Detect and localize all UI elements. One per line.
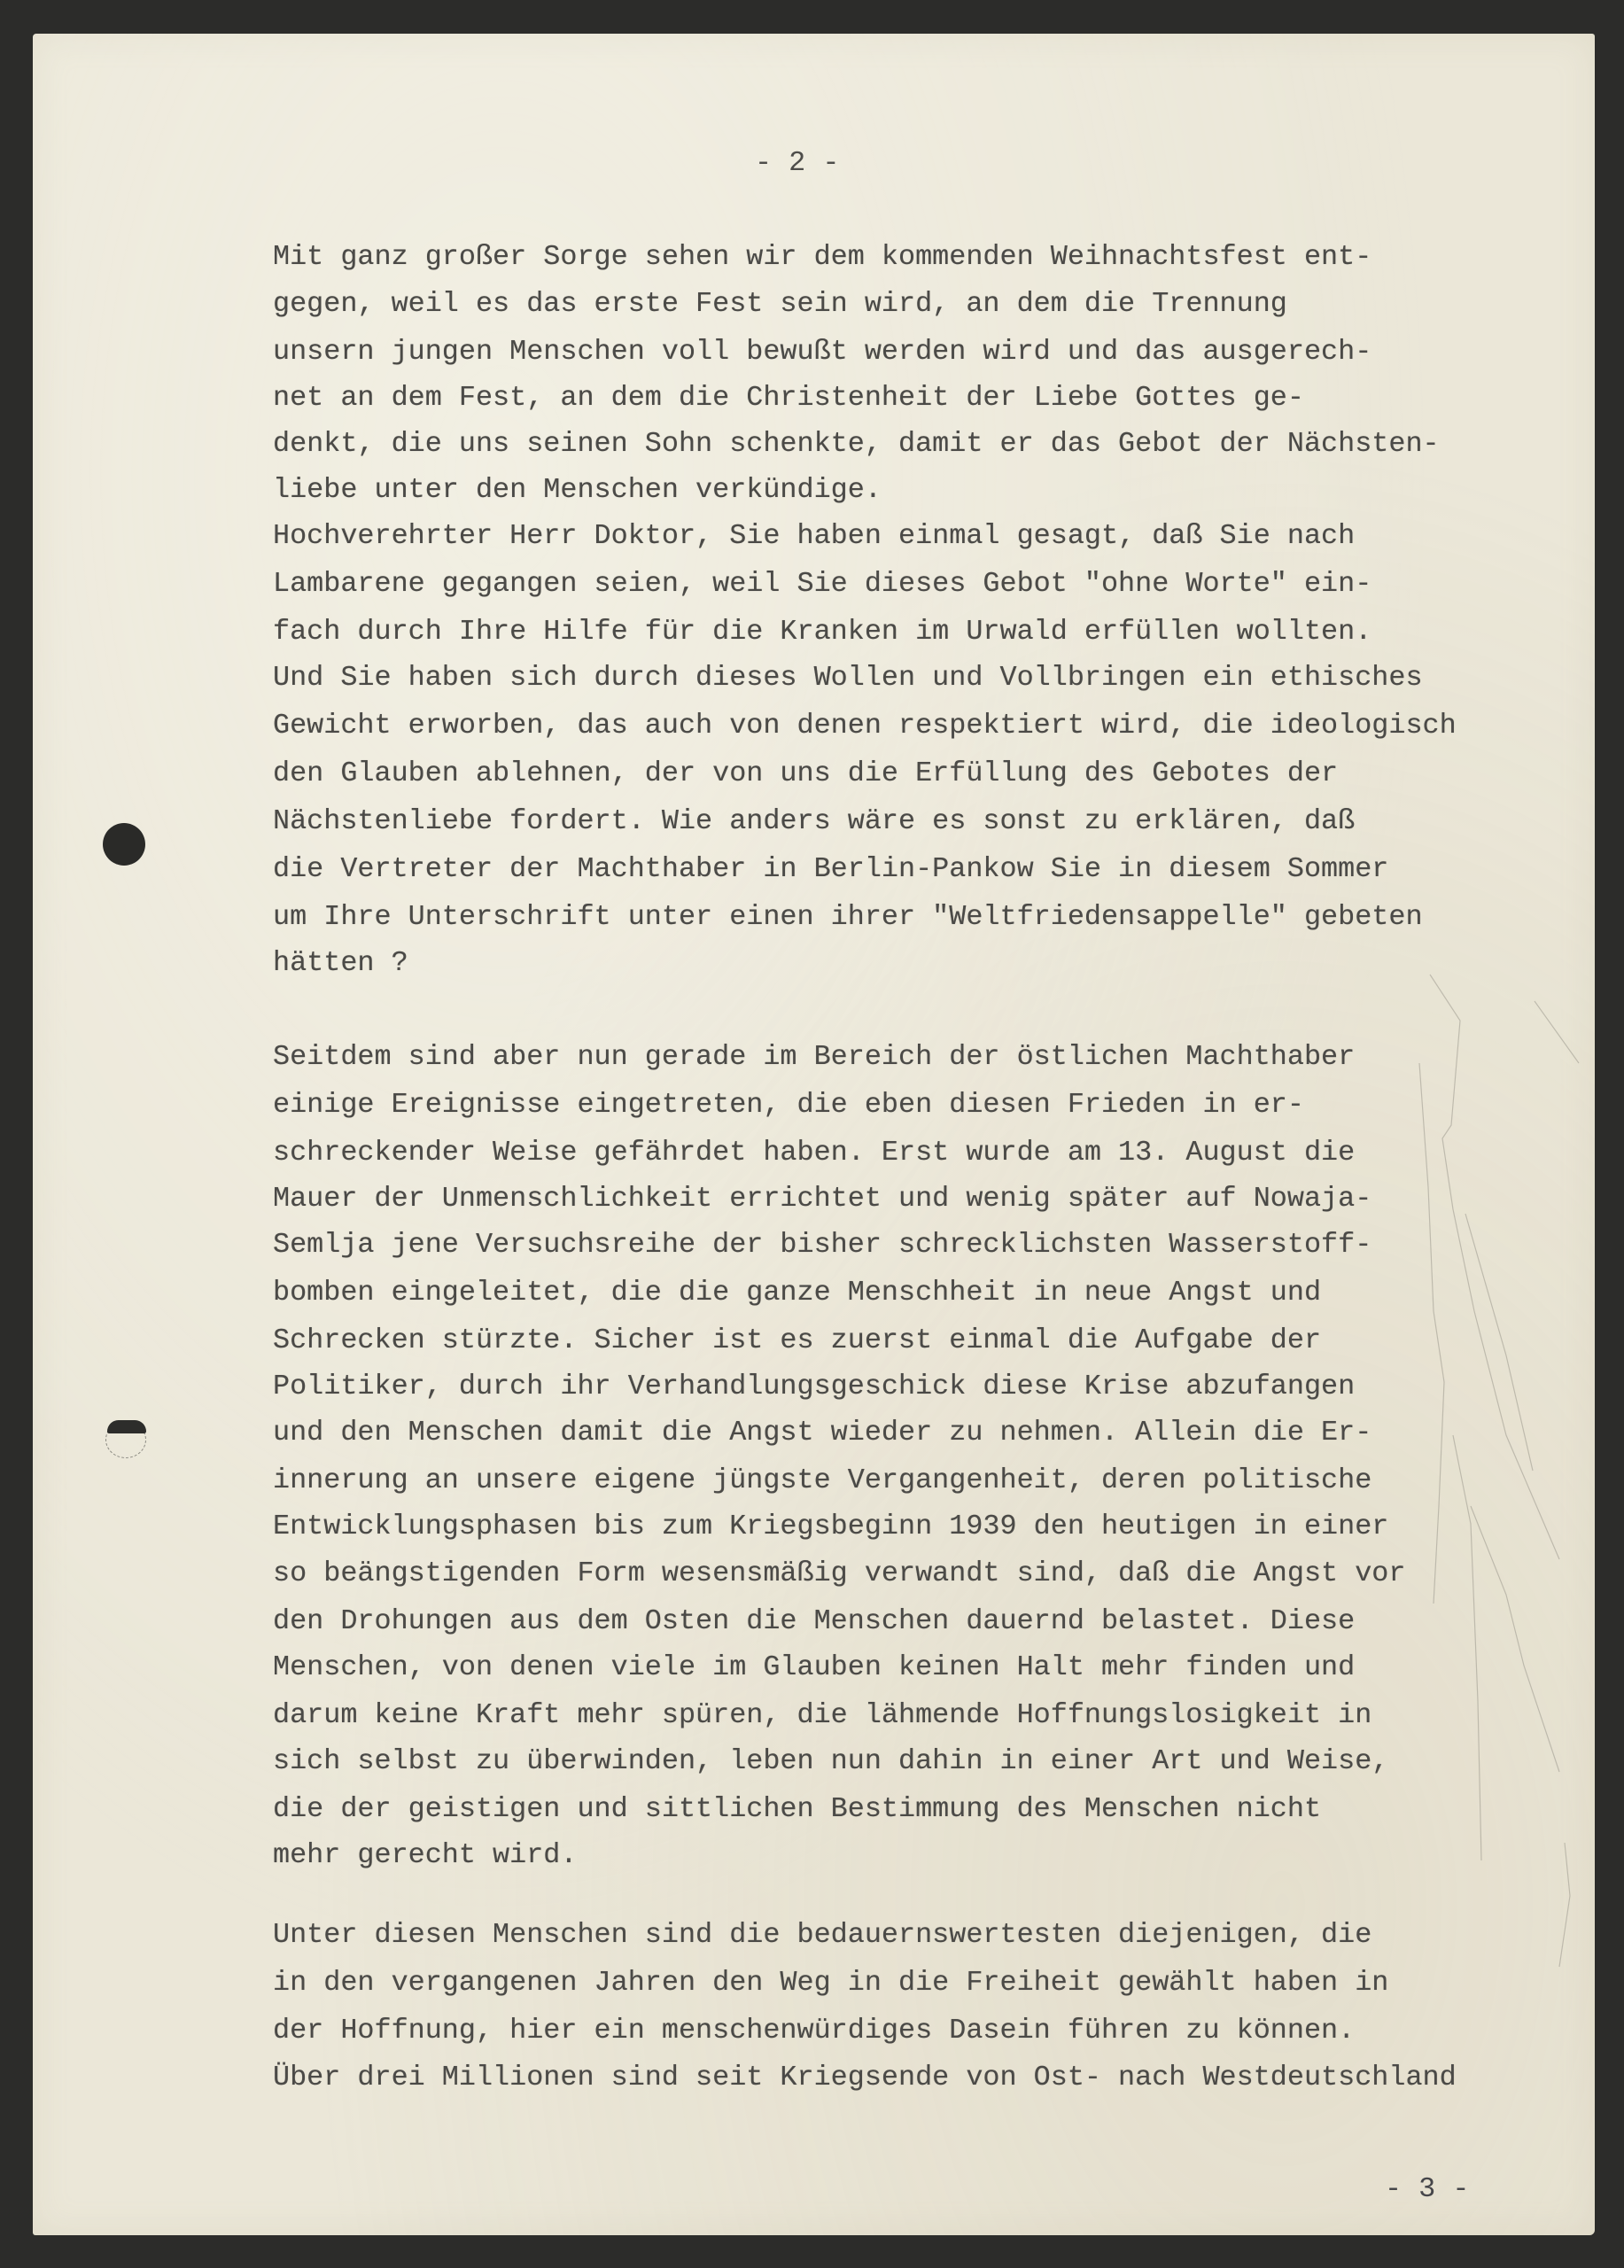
page-number-bottom-continuation: - 3 -	[1385, 2171, 1469, 2207]
text-line: Nächstenliebe fordert. Wie anders wäre e…	[273, 804, 1355, 839]
text-line: den Glauben ablehnen, der von uns die Er…	[273, 756, 1338, 791]
text-line: die Vertreter der Machthaber in Berlin-P…	[273, 851, 1388, 887]
text-line: einige Ereignisse eingetreten, die eben …	[273, 1087, 1304, 1122]
text-line: denkt, die uns seinen Sohn schenkte, dam…	[273, 426, 1440, 462]
text-line: um Ihre Unterschrift unter einen ihrer "…	[273, 899, 1423, 935]
text-line: gegen, weil es das erste Fest sein wird,…	[273, 286, 1287, 322]
scanned-page-viewport: - 2 - Mit ganz großer Sorge sehen wir de…	[0, 0, 1624, 2268]
punch-hole-partial-icon	[105, 1421, 146, 1458]
punch-hole-icon	[103, 823, 145, 866]
text-line: Politiker, durch ihr Verhandlungsgeschic…	[273, 1369, 1355, 1404]
text-line: Gewicht erworben, das auch von denen res…	[273, 708, 1457, 743]
text-line: darum keine Kraft mehr spüren, die lähme…	[273, 1697, 1371, 1733]
text-line: hätten ?	[273, 945, 408, 981]
text-line: Schrecken stürzte. Sicher ist es zuerst …	[273, 1323, 1321, 1358]
text-line: Hochverehrter Herr Doktor, Sie haben ein…	[273, 518, 1355, 554]
text-line: liebe unter den Menschen verkündige.	[273, 472, 882, 508]
text-line: Unter diesen Menschen sind die bedauerns…	[273, 1917, 1371, 1953]
text-line: Semlja jene Versuchsreihe der bisher sch…	[273, 1227, 1371, 1262]
text-line: Über drei Millionen sind seit Kriegsende…	[273, 2060, 1457, 2095]
text-line: bomben eingeleitet, die die ganze Mensch…	[273, 1275, 1321, 1310]
text-line: der Hoffnung, hier ein menschenwürdiges …	[273, 2013, 1355, 2048]
text-line: und den Menschen damit die Angst wieder …	[273, 1415, 1371, 1450]
page-number-top: - 2 -	[755, 145, 839, 181]
text-line: in den vergangenen Jahren den Weg in die…	[273, 1965, 1388, 2000]
text-line: Und Sie haben sich durch dieses Wollen u…	[273, 660, 1423, 695]
text-line: mehr gerecht wird.	[273, 1837, 577, 1873]
text-line: Entwicklungsphasen bis zum Kriegsbeginn …	[273, 1509, 1388, 1544]
text-line: Mit ganz großer Sorge sehen wir dem komm…	[273, 239, 1371, 275]
text-line: schreckender Weise gefährdet haben. Erst…	[273, 1135, 1355, 1170]
text-line: sich selbst zu überwinden, leben nun dah…	[273, 1744, 1388, 1779]
text-line: Menschen, von denen viele im Glauben kei…	[273, 1650, 1355, 1685]
text-line: den Drohungen aus dem Osten die Menschen…	[273, 1604, 1355, 1639]
text-line: net an dem Fest, an dem die Christenheit…	[273, 380, 1304, 416]
text-line: Lambarene gegangen seien, weil Sie diese…	[273, 566, 1371, 602]
text-line: Mauer der Unmenschlichkeit errichtet und…	[273, 1181, 1371, 1216]
text-line: so beängstigenden Form wesensmäßig verwa…	[273, 1556, 1405, 1591]
text-line: Seitdem sind aber nun gerade im Bereich …	[273, 1039, 1355, 1075]
text-line: fach durch Ihre Hilfe für die Kranken im…	[273, 614, 1371, 649]
text-line: innerung an unsere eigene jüngste Vergan…	[273, 1463, 1371, 1498]
text-line: die der geistigen und sittlichen Bestimm…	[273, 1791, 1321, 1827]
text-line: unsern jungen Menschen voll bewußt werde…	[273, 334, 1371, 369]
